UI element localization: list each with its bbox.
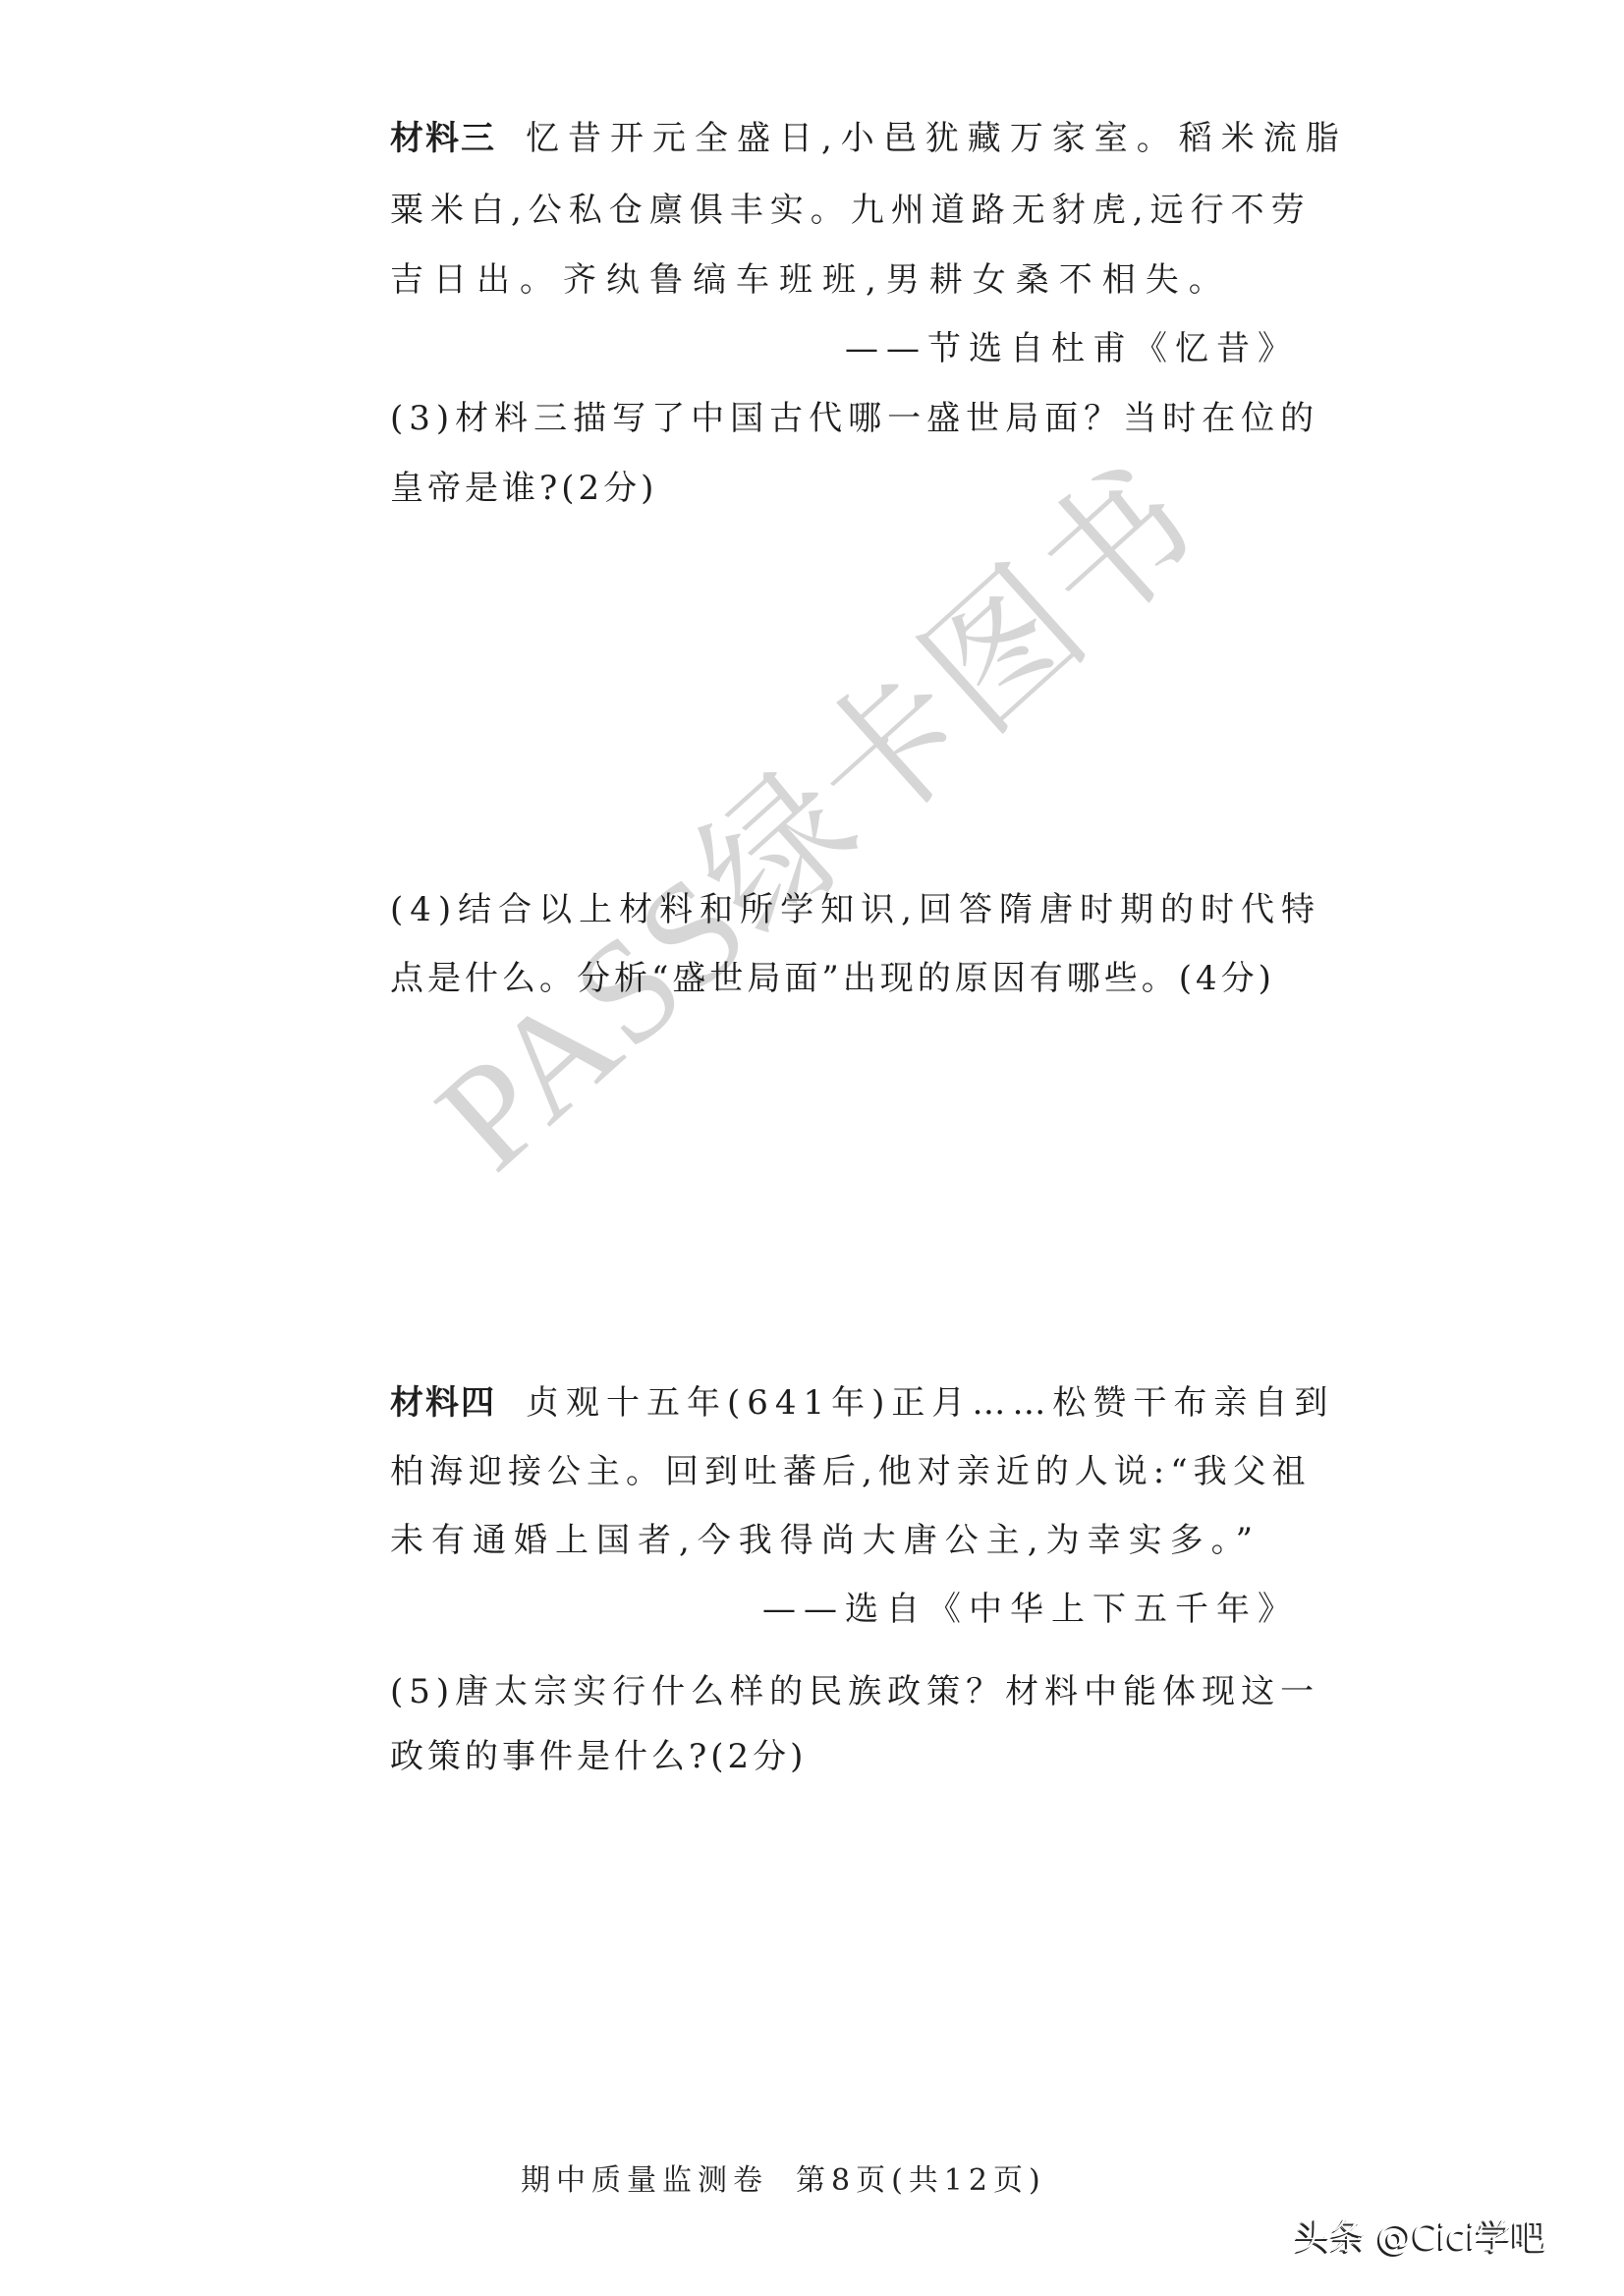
question5-line-1: (5)唐太宗实行什么样的民族政策？材料中能体现这一 bbox=[390, 1672, 1299, 1711]
question4-line-1: (4)结合以上材料和所学知识,回答隋唐时期的时代特 bbox=[390, 890, 1299, 929]
material4-line-1: 材料四贞观十五年(641年)正月……松赞干布亲自到 bbox=[390, 1383, 1299, 1423]
material4-line-3: 未有通婚上国者,今我得尚大唐公主,为幸实多。” bbox=[390, 1521, 1299, 1560]
question5-line-2: 政策的事件是什么?(2分) bbox=[390, 1737, 1299, 1776]
exam-page: 材料三忆昔开元全盛日,小邑犹藏万家室。稻米流脂 粟米白,公私仓廪俱丰实。九州道路… bbox=[0, 0, 1624, 2296]
question3-line-1: (3)材料三描写了中国古代哪一盛世局面？当时在位的 bbox=[390, 399, 1299, 438]
material4-label: 材料四 bbox=[390, 1383, 496, 1423]
page-number: 第8页(共12页) bbox=[796, 2163, 1046, 2198]
question5-answer-area[interactable] bbox=[390, 1798, 1299, 2132]
material3-line-2: 粟米白,公私仓廪俱丰实。九州道路无豺虎,远行不劳 bbox=[390, 191, 1299, 230]
material3-attribution: ——节选自杜甫《忆昔》 bbox=[845, 329, 1299, 368]
source-watermark: 头条 @Cici学吧 bbox=[1295, 2216, 1546, 2260]
material3-label: 材料三 bbox=[390, 119, 496, 158]
question3-answer-area[interactable] bbox=[390, 531, 1299, 865]
material4-attribution: ——选自《中华上下五千年》 bbox=[762, 1590, 1299, 1629]
question4-line-2: 点是什么。分析“盛世局面”出现的原因有哪些。(4分) bbox=[390, 959, 1299, 998]
material3-line-3: 吉日出。齐纨鲁缟车班班,男耕女桑不相失。 bbox=[390, 260, 1299, 300]
question3-line-2: 皇帝是谁?(2分) bbox=[390, 469, 1299, 508]
material4-line-2: 柏海迎接公主。回到吐蕃后,他对亲近的人说:“我父祖 bbox=[390, 1452, 1299, 1491]
exam-name: 期中质量监测卷 bbox=[521, 2163, 768, 2198]
question4-answer-area[interactable] bbox=[390, 1022, 1299, 1366]
material3-line-1: 材料三忆昔开元全盛日,小邑犹藏万家室。稻米流脂 bbox=[390, 119, 1299, 158]
material3-text-1: 忆昔开元全盛日,小邑犹藏万家室。稻米流脂 bbox=[526, 119, 1348, 158]
material4-text-1: 贞观十五年(641年)正月……松赞干布亲自到 bbox=[526, 1383, 1334, 1423]
page-footer: 期中质量监测卷第8页(共12页) bbox=[521, 2161, 1046, 2201]
